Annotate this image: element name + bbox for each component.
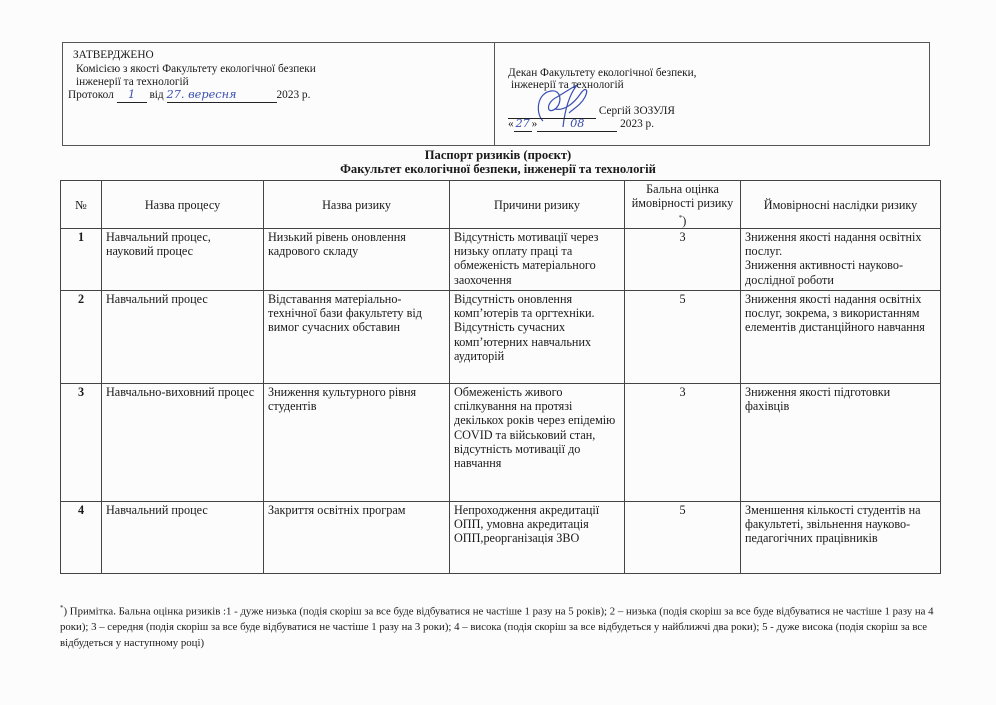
cell-consequences: Зниження якості надання освітніх послуг,… xyxy=(741,291,941,384)
dean-year: 2023 р. xyxy=(620,118,654,130)
footnote: *) Примітка. Бальна оцінка ризиків :1 - … xyxy=(60,601,940,651)
cell-process: Навчальний процес xyxy=(102,502,264,574)
table-row: 2Навчальний процесВідставання матеріальн… xyxy=(61,291,941,384)
cell-risk: Низький рівень оновлення кадрового склад… xyxy=(264,229,450,291)
protocol-line: Протокол 1 від 27. вересня2023 р. xyxy=(68,89,310,103)
document-title: Паспорт ризиків (проєкт) xyxy=(0,148,996,162)
cell-causes: Відсутність мотивації через низьку оплат… xyxy=(450,229,625,291)
table-row: 4Навчальний процесЗакриття освітніх прог… xyxy=(61,502,941,574)
table-row: 3Навчально-виховний процесЗниження культ… xyxy=(61,384,941,502)
approval-dean: Декан Факультету екологічної безпеки, ін… xyxy=(495,43,929,145)
approval-box: ЗАТВЕРДЖЕНО Комісією з якості Факультету… xyxy=(62,42,930,146)
document-page: ЗАТВЕРДЖЕНО Комісією з якості Факультету… xyxy=(0,0,996,705)
cell-num: 2 xyxy=(61,291,102,384)
cell-num: 3 xyxy=(61,384,102,502)
cell-score: 5 xyxy=(625,291,741,384)
cell-score: 5 xyxy=(625,502,741,574)
protocol-label: Протокол xyxy=(68,89,114,101)
commission-line-2: інженерії та технологій xyxy=(76,76,189,89)
commission-line-1: Комісією з якості Факультету екологічної… xyxy=(76,63,316,76)
header-score: Бальна оцінка ймовірності ризику *) xyxy=(625,181,741,229)
cell-process: Навчально-виховний процес xyxy=(102,384,264,502)
header-consequences: Ймовірносні наслідки ризику xyxy=(741,181,941,229)
header-causes: Причини ризику xyxy=(450,181,625,229)
cell-score: 3 xyxy=(625,229,741,291)
table-row: 1Навчальний процес, науковий процесНизьк… xyxy=(61,229,941,291)
document-title-block: Паспорт ризиків (проєкт) Факультет еколо… xyxy=(0,148,996,176)
signer-line: Сергій ЗОЗУЛЯ xyxy=(508,105,675,119)
cell-causes: Відсутність оновлення комп’ютерів та орг… xyxy=(450,291,625,384)
cell-num: 1 xyxy=(61,229,102,291)
protocol-date: 27. вересня xyxy=(167,89,277,103)
dean-line-1: Декан Факультету екологічної безпеки, xyxy=(508,67,697,80)
cell-process: Навчальний процес, науковий процес xyxy=(102,229,264,291)
footnote-text: ) Примітка. Бальна оцінка ризиків :1 - д… xyxy=(60,606,934,649)
signer-name: Сергій ЗОЗУЛЯ xyxy=(599,105,675,117)
header-risk: Назва ризику xyxy=(264,181,450,229)
approval-commission: ЗАТВЕРДЖЕНО Комісією з якості Факультету… xyxy=(63,43,495,145)
table-header-row: № Назва процесу Назва ризику Причини риз… xyxy=(61,181,941,229)
cell-risk: Зниження культурного рівня студентів xyxy=(264,384,450,502)
dean-day: 27 xyxy=(514,118,532,132)
dean-month: 08 xyxy=(537,118,617,132)
cell-causes: Обмеженість живого спілкування на протяз… xyxy=(450,384,625,502)
approval-heading: ЗАТВЕРДЖЕНО xyxy=(73,49,154,62)
cell-consequences: Зниження якості підготовки фахівців xyxy=(741,384,941,502)
cell-consequences: Зниження якості надання освітніх послуг.… xyxy=(741,229,941,291)
cell-num: 4 xyxy=(61,502,102,574)
dean-date-line: «27»08 2023 р. xyxy=(508,118,654,132)
protocol-year: 2023 р. xyxy=(277,89,311,101)
cell-causes: Непроходження акредитації ОПП, умовна ак… xyxy=(450,502,625,574)
cell-consequences: Зменшення кількості студентів на факульт… xyxy=(741,502,941,574)
risk-table: № Назва процесу Назва ризику Причини риз… xyxy=(60,180,941,574)
cell-risk: Відставання матеріально-технічної бази ф… xyxy=(264,291,450,384)
from-label: від xyxy=(149,89,163,101)
header-process: Назва процесу xyxy=(102,181,264,229)
protocol-number: 1 xyxy=(117,89,147,103)
header-num: № xyxy=(61,181,102,229)
cell-score: 3 xyxy=(625,384,741,502)
cell-process: Навчальний процес xyxy=(102,291,264,384)
cell-risk: Закриття освітніх програм xyxy=(264,502,450,574)
document-subtitle: Факультет екологічної безпеки, інженерії… xyxy=(0,162,996,176)
